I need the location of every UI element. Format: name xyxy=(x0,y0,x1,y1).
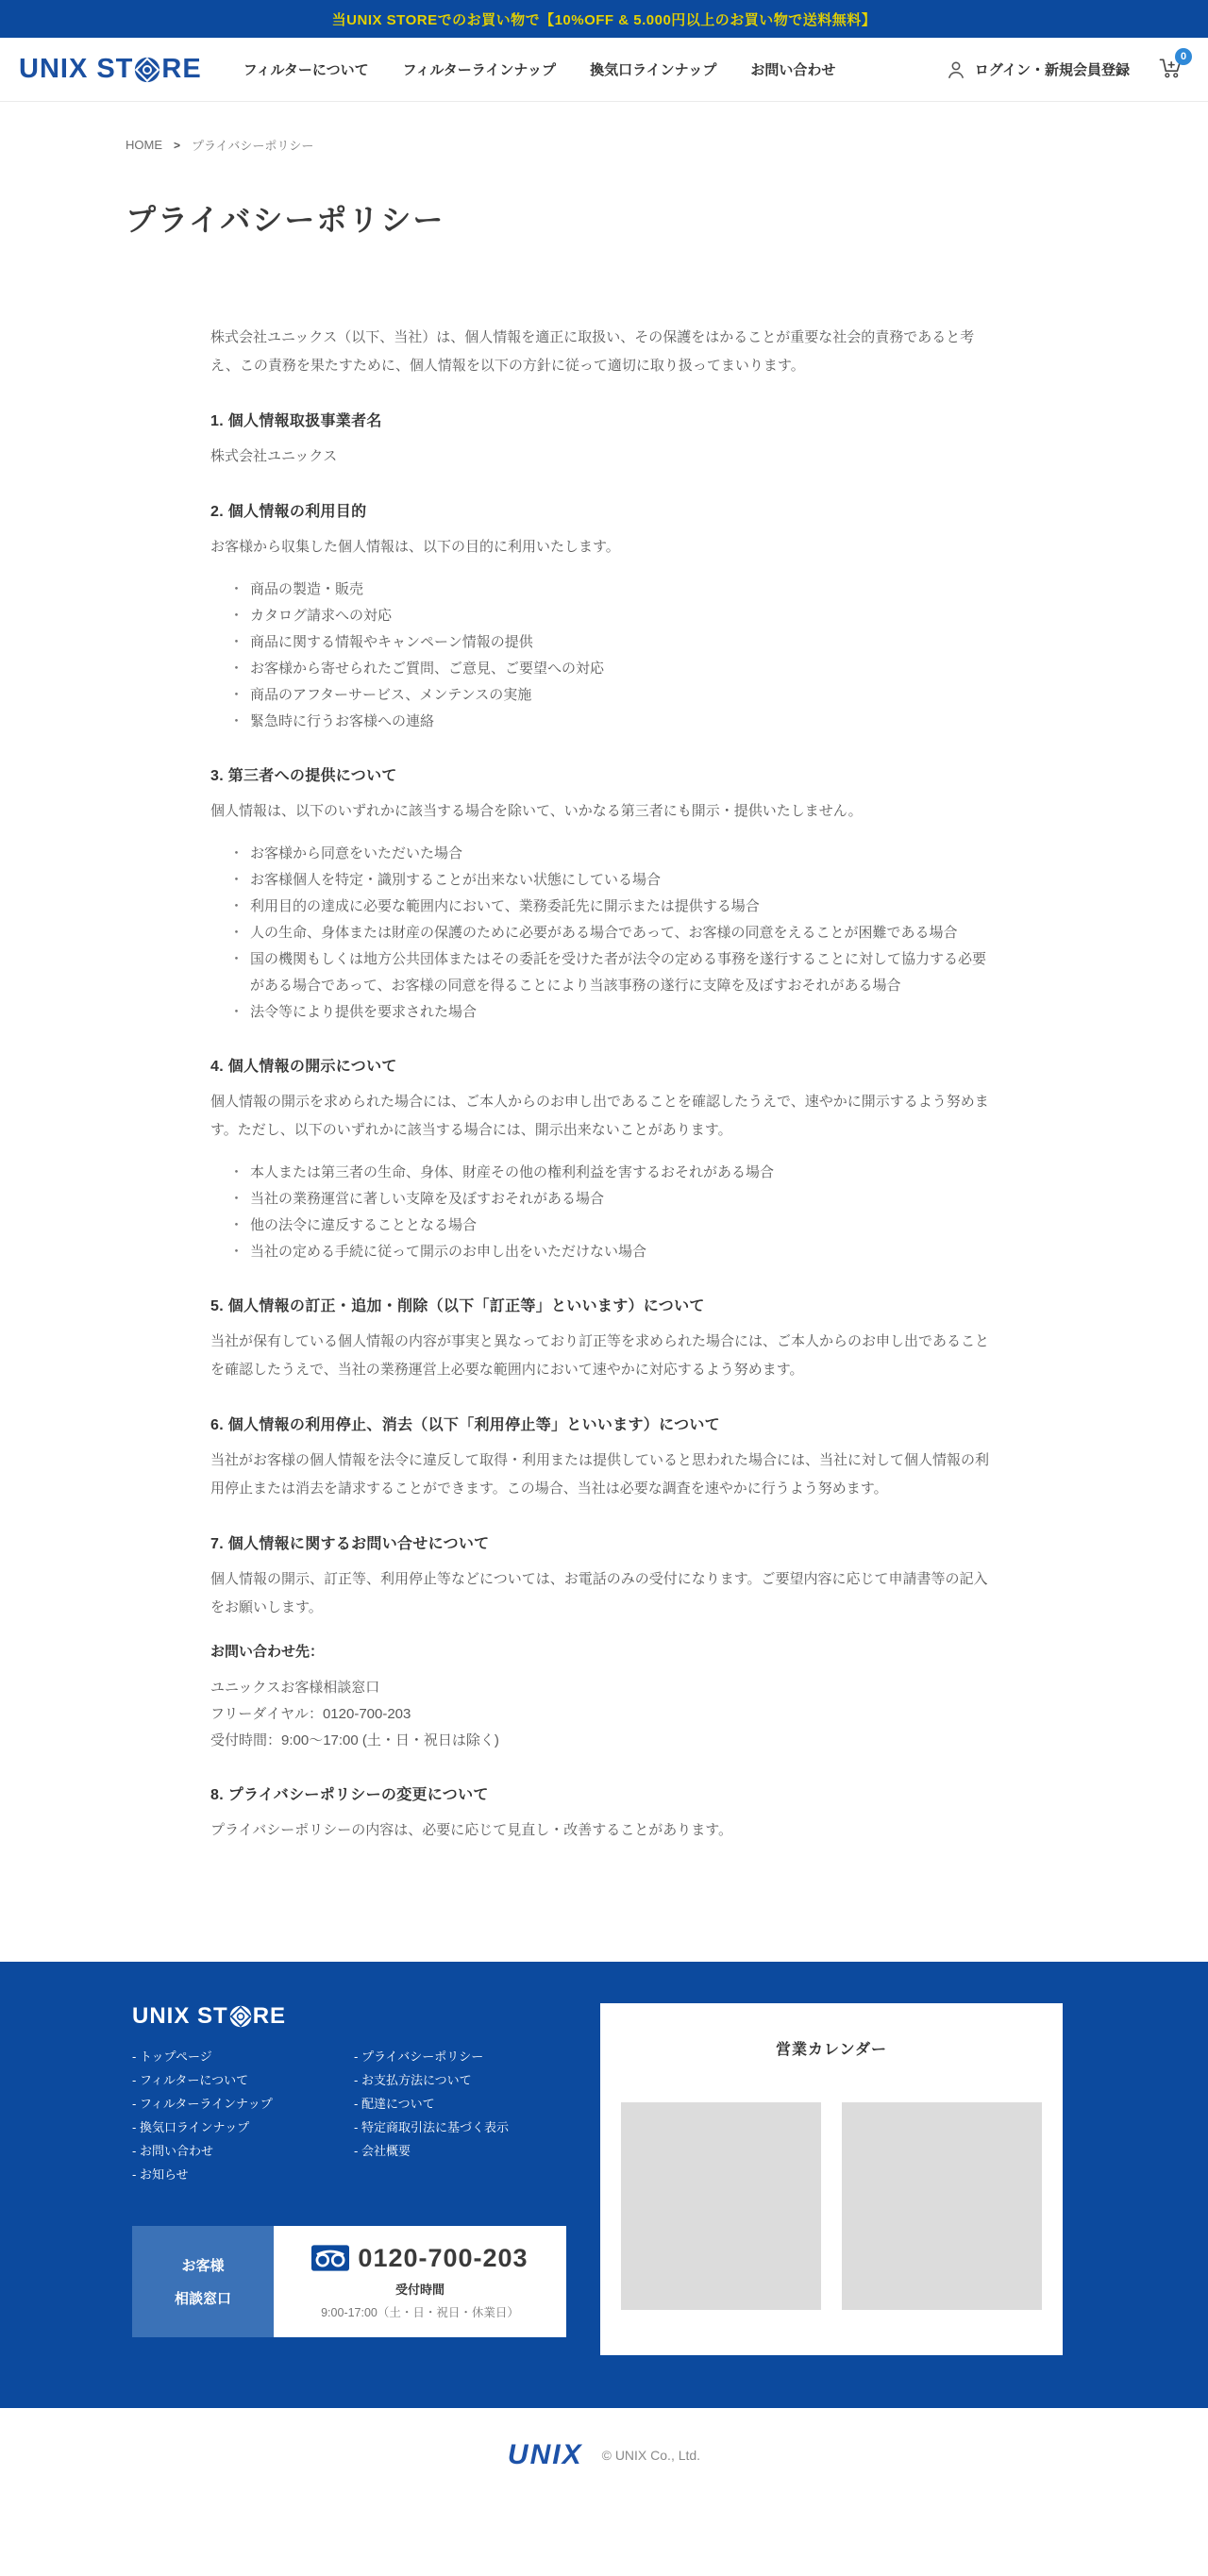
support-label-line2: 相談窓口 xyxy=(175,2288,231,2308)
site-header: UNIX ST RE フィルターについて フィルターラインナップ 換気口ラインナ… xyxy=(0,38,1208,102)
footer-left-column: UNIX ST RE - トップページ - フィルターについて - フィルターラ… xyxy=(132,2003,566,2337)
section-8: 8. プライバシーポリシーの変更について プライバシーポリシーの内容は、必要に応… xyxy=(210,1786,999,1845)
footer-link-vent-lineup[interactable]: - 換気口ラインナップ xyxy=(132,2121,354,2133)
store-logo-text-left: UNIX ST xyxy=(19,54,133,85)
store-logo[interactable]: UNIX ST RE xyxy=(19,54,202,85)
unix-corporate-logo: UNIX xyxy=(508,2439,583,2471)
login-register-link[interactable]: ログイン・新規会員登録 xyxy=(946,59,1130,80)
business-calendar-card: 営業カレンダー xyxy=(600,2003,1063,2355)
footer-links-column-2: - プライバシーポリシー - お支払方法について - 配達について - 特定商取… xyxy=(354,2050,509,2181)
page-title: プライバシーポリシー xyxy=(126,201,1208,239)
section-3-bullet-list: お客様から同意をいただいた場合 お客様個人を特定・識別することが出来ない状態にし… xyxy=(210,841,999,1026)
section-2: 2. 個人情報の利用目的 お客様から収集した個人情報は、以下の目的に利用いたしま… xyxy=(210,503,999,735)
fan-icon xyxy=(134,57,160,83)
list-item: 商品のアフターサービス、メンテンスの実施 xyxy=(210,682,999,709)
support-phone-number: 0120-700-203 xyxy=(358,2244,528,2273)
section-5-heading: 5. 個人情報の訂正・追加・削除（以下「訂正等」といいます）について xyxy=(210,1297,999,1316)
list-item: お客様から寄せられたご質問、ご意見、ご要望への対応 xyxy=(210,656,999,682)
section-2-heading: 2. 個人情報の利用目的 xyxy=(210,503,999,522)
footer-links: - トップページ - フィルターについて - フィルターラインナップ - 換気口… xyxy=(132,2050,566,2181)
section-3-heading: 3. 第三者への提供について xyxy=(210,767,999,786)
footer-store-logo[interactable]: UNIX ST RE xyxy=(132,2003,566,2030)
contact-label: お問い合わせ先： xyxy=(210,1643,999,1662)
customer-support-box: お客様 相談窓口 0120-700-203 受付時間 9:00- xyxy=(132,2226,566,2337)
list-item: 商品に関する情報やキャンペーン情報の提供 xyxy=(210,629,999,656)
list-item: 利用目的の達成に必要な範囲内において、業務委託先に開示または提供する場合 xyxy=(210,894,999,920)
list-item: 商品の製造・販売 xyxy=(210,577,999,603)
list-item: 本人または第三者の生命、身体、財産その他の権利利益を害するおそれがある場合 xyxy=(210,1160,999,1186)
footer-link-filter-lineup[interactable]: - フィルターラインナップ xyxy=(132,2098,354,2110)
list-item: お客様個人を特定・識別することが出来ない状態にしている場合 xyxy=(210,867,999,894)
section-6-body: 当社がお客様の個人情報を法令に違反して取得・利用または提供していると思われた場合… xyxy=(210,1447,999,1503)
footer-link-top-page[interactable]: - トップページ xyxy=(132,2050,354,2063)
calendar-image-placeholder xyxy=(842,2102,1042,2310)
customer-support-label: お客様 相談窓口 xyxy=(132,2226,274,2337)
footer-link-commercial-law[interactable]: - 特定商取引法に基づく表示 xyxy=(354,2121,509,2133)
section-7-heading: 7. 個人情報に関するお問い合せについて xyxy=(210,1535,999,1554)
footer-logo-text-left: UNIX ST xyxy=(132,2003,228,2030)
section-4-body: 個人情報の開示を求められた場合には、ご本人からのお申し出であることを確認したうえ… xyxy=(210,1088,999,1145)
cart-button[interactable]: 0 xyxy=(1158,55,1183,85)
footer-link-company-profile[interactable]: - 会社概要 xyxy=(354,2145,509,2157)
section-2-body: お客様から収集した個人情報は、以下の目的に利用いたします。 xyxy=(210,533,999,561)
section-4-bullet-list: 本人または第三者の生命、身体、財産その他の権利利益を害するおそれがある場合 当社… xyxy=(210,1160,999,1265)
footer-links-column-1: - トップページ - フィルターについて - フィルターラインナップ - 換気口… xyxy=(132,2050,354,2181)
user-icon xyxy=(946,59,966,80)
list-item: 他の法令に違反することとなる場合 xyxy=(210,1213,999,1239)
section-7-body: 個人情報の開示、訂正等、利用停止等などについては、お電話のみの受付になります。ご… xyxy=(210,1565,999,1622)
breadcrumb-separator-icon: > xyxy=(174,139,180,152)
login-register-label: ログイン・新規会員登録 xyxy=(975,59,1130,79)
nav-filter-lineup[interactable]: フィルターラインナップ xyxy=(403,59,556,79)
section-3: 3. 第三者への提供について 個人情報は、以下のいずれかに該当する場合を除いて、… xyxy=(210,767,999,1026)
section-7: 7. 個人情報に関するお問い合せについて 個人情報の開示、訂正等、利用停止等など… xyxy=(210,1535,999,1622)
section-1-body: 株式会社ユニックス xyxy=(210,443,999,471)
breadcrumb: HOME > プライバシーポリシー xyxy=(0,102,1208,154)
support-hours: 9:00-17:00（土・日・祝日・休業日） xyxy=(321,2303,519,2320)
section-2-bullet-list: 商品の製造・販売 カタログ請求への対応 商品に関する情報やキャンペーン情報の提供… xyxy=(210,577,999,735)
business-calendar-title: 営業カレンダー xyxy=(600,2037,1063,2059)
cart-count-badge: 0 xyxy=(1175,48,1192,65)
list-item: 法令等により提供を要求された場合 xyxy=(210,999,999,1026)
fan-icon xyxy=(229,2005,252,2028)
section-1: 1. 個人情報取扱事業者名 株式会社ユニックス xyxy=(210,412,999,471)
footer-link-delivery[interactable]: - 配達について xyxy=(354,2098,509,2110)
contact-freedial: フリーダイヤル：0120-700-203 xyxy=(210,1701,999,1728)
list-item: 当社の業務運営に著しい支障を及ぼすおそれがある場合 xyxy=(210,1186,999,1213)
list-item: 国の機関もしくは地方公共団体またはその委託を受けた者が法令の定める事務を遂行する… xyxy=(210,946,999,999)
section-5: 5. 個人情報の訂正・追加・削除（以下「訂正等」といいます）について 当社が保有… xyxy=(210,1297,999,1384)
calendar-grid xyxy=(600,2102,1063,2310)
section-1-heading: 1. 個人情報取扱事業者名 xyxy=(210,412,999,431)
calendar-image-placeholder xyxy=(621,2102,821,2310)
bottom-bar: UNIX © UNIX Co., Ltd. xyxy=(0,2408,1208,2502)
section-4: 4. 個人情報の開示について 個人情報の開示を求められた場合には、ご本人からのお… xyxy=(210,1058,999,1265)
footer-link-contact[interactable]: - お問い合わせ xyxy=(132,2145,354,2157)
intro-paragraph: 株式会社ユニックス（以下、当社）は、個人情報を適正に取扱い、その保護をはかること… xyxy=(210,324,999,380)
section-8-body: プライバシーポリシーの内容は、必要に応じて見直し・改善することがあります。 xyxy=(210,1816,999,1845)
support-label-line1: お客様 xyxy=(181,2255,224,2275)
promo-banner-text: 当UNIX STOREでのお買い物で【10%OFF & 5.000円以上のお買い… xyxy=(332,9,877,29)
list-item: 人の生命、身体または財産の保護のために必要がある場合であって、お客様の同意をえる… xyxy=(210,920,999,946)
footer-link-payment[interactable]: - お支払方法について xyxy=(354,2074,509,2086)
contact-desk-name: ユニックスお客様相談窓口 xyxy=(210,1675,999,1701)
freedial-icon xyxy=(311,2245,349,2271)
breadcrumb-home-link[interactable]: HOME xyxy=(126,138,162,152)
footer-link-about-filters[interactable]: - フィルターについて xyxy=(132,2074,354,2086)
phone-row: 0120-700-203 xyxy=(311,2244,528,2273)
section-8-heading: 8. プライバシーポリシーの変更について xyxy=(210,1786,999,1805)
footer-link-news[interactable]: - お知らせ xyxy=(132,2168,354,2181)
section-6-heading: 6. 個人情報の利用停止、消去（以下「利用停止等」といいます）について xyxy=(210,1416,999,1435)
site-footer: UNIX ST RE - トップページ - フィルターについて - フィルターラ… xyxy=(0,1962,1208,2408)
header-right: ログイン・新規会員登録 0 xyxy=(946,55,1183,85)
nav-contact[interactable]: お問い合わせ xyxy=(750,59,835,79)
section-5-body: 当社が保有している個人情報の内容が事実と異なっており訂正等を求められた場合には、… xyxy=(210,1328,999,1384)
list-item: カタログ請求への対応 xyxy=(210,603,999,629)
section-6: 6. 個人情報の利用停止、消去（以下「利用停止等」といいます）について 当社がお… xyxy=(210,1416,999,1503)
list-item: 緊急時に行うお客様への連絡 xyxy=(210,709,999,735)
section-4-heading: 4. 個人情報の開示について xyxy=(210,1058,999,1077)
customer-support-info: 0120-700-203 受付時間 9:00-17:00（土・日・祝日・休業日） xyxy=(274,2226,566,2337)
main-nav: フィルターについて フィルターラインナップ 換気口ラインナップ お問い合わせ xyxy=(243,59,836,79)
promo-banner[interactable]: 当UNIX STOREでのお買い物で【10%OFF & 5.000円以上のお買い… xyxy=(0,0,1208,38)
support-hours-label: 受付時間 xyxy=(395,2280,445,2298)
contact-hours: 受付時間：9:00〜17:00 (土・日・祝日は除く) xyxy=(210,1728,999,1754)
section-3-body: 個人情報は、以下のいずれかに該当する場合を除いて、いかなる第三者にも開示・提供い… xyxy=(210,797,999,826)
nav-vent-lineup[interactable]: 換気口ラインナップ xyxy=(590,59,716,79)
nav-about-filters[interactable]: フィルターについて xyxy=(243,59,369,79)
breadcrumb-current: プライバシーポリシー xyxy=(192,136,313,154)
page: 当UNIX STOREでのお買い物で【10%OFF & 5.000円以上のお買い… xyxy=(0,0,1208,2502)
footer-logo-text-right: RE xyxy=(253,2003,286,2030)
copyright-text: © UNIX Co., Ltd. xyxy=(602,2448,700,2463)
footer-link-privacy-policy[interactable]: - プライバシーポリシー xyxy=(354,2050,509,2063)
privacy-policy-content: 株式会社ユニックス（以下、当社）は、個人情報を適正に取扱い、その保護をはかること… xyxy=(210,324,999,1962)
contact-info-block: お問い合わせ先： ユニックスお客様相談窓口 フリーダイヤル：0120-700-2… xyxy=(210,1643,999,1754)
list-item: 当社の定める手続に従って開示のお申し出をいただけない場合 xyxy=(210,1239,999,1265)
list-item: お客様から同意をいただいた場合 xyxy=(210,841,999,867)
store-logo-text-right: RE xyxy=(161,54,201,85)
